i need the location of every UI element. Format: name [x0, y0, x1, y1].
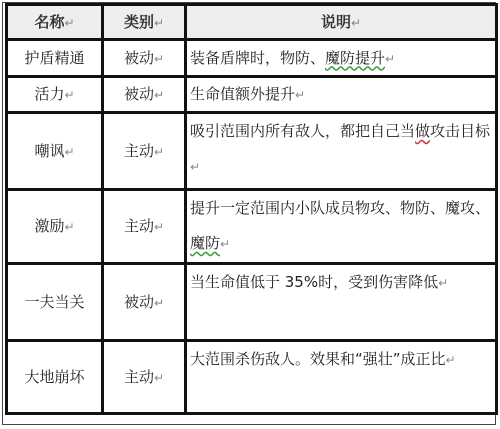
paragraph-mark-icon: ↵ — [438, 276, 448, 290]
table-row: 一夫当关 被动↵ 当生命值低于 35%时，受到伤害降低↵ — [7, 264, 497, 341]
skill-desc-underlined: 魔防 — [190, 234, 220, 252]
paragraph-mark-icon: ↵ — [154, 296, 164, 310]
paragraph-mark-icon: ↵ — [220, 237, 230, 251]
paragraph-mark-icon: ↵ — [154, 145, 164, 159]
skill-name: 一夫当关 — [24, 293, 84, 311]
paragraph-mark-icon: ↵ — [446, 353, 456, 367]
table-row: 激励↵ 主动↵ 提升一定范围内小队成员物攻、物防、魔攻、魔防↵ — [7, 190, 497, 264]
skill-desc-cell: 吸引范围内所有敌人，都把自己当做攻击目标↵ — [186, 113, 497, 190]
skill-type-cell: 被动↵ — [103, 77, 186, 113]
skill-type: 被动 — [124, 49, 154, 67]
skill-type-cell: 主动↵ — [103, 341, 186, 414]
header-type-label: 类别 — [124, 13, 154, 31]
skill-desc: 当生命值低于 35%时，受到伤害降低 — [190, 273, 438, 291]
skill-desc-cell: 生命值额外提升↵ — [186, 77, 497, 113]
header-name: 名称↵ — [7, 5, 103, 40]
skill-type-cell: 被动↵ — [103, 264, 186, 341]
paragraph-mark-icon: ↵ — [154, 52, 164, 66]
skill-desc: 大范围杀伤敌人。效果和“强壮”成正比 — [190, 350, 446, 368]
skill-name-cell: 大地崩坏 — [7, 341, 103, 414]
skill-type: 主动 — [124, 142, 154, 160]
paragraph-mark-icon: ↵ — [64, 88, 74, 102]
skill-desc-underlined: 做 — [415, 122, 430, 140]
skill-name-cell: 嘲讽↵ — [7, 113, 103, 190]
skill-desc: 吸引范围内所有敌人，都把自己当 — [190, 122, 415, 140]
skill-desc-tail: 攻击目标 — [430, 122, 490, 140]
paragraph-mark-icon: ↵ — [154, 16, 164, 30]
paragraph-mark-icon: ↵ — [64, 145, 74, 159]
header-name-label: 名称 — [34, 13, 64, 31]
paragraph-mark-icon: ↵ — [154, 220, 164, 234]
skill-name-cell: 激励↵ — [7, 190, 103, 264]
skill-desc-cell: 当生命值低于 35%时，受到伤害降低↵ — [186, 264, 497, 341]
paragraph-mark-icon: ↵ — [64, 16, 74, 30]
skill-type-cell: 被动↵ — [103, 40, 186, 77]
header-desc-label: 说明 — [321, 13, 351, 31]
skill-desc: 装备盾牌时，物防、 — [190, 49, 325, 67]
skill-name-cell: 一夫当关 — [7, 264, 103, 341]
skill-desc-underlined: 魔防提升 — [325, 49, 385, 67]
header-type: 类别↵ — [103, 5, 186, 40]
table-row: 嘲讽↵ 主动↵ 吸引范围内所有敌人，都把自己当做攻击目标↵ — [7, 113, 497, 190]
table-row: 护盾精通 被动↵ 装备盾牌时，物防、魔防提升↵ — [7, 40, 497, 77]
skill-name-cell: 活力↵ — [7, 77, 103, 113]
table-row: 大地崩坏 主动↵ 大范围杀伤敌人。效果和“强壮”成正比↵ — [7, 341, 497, 414]
paragraph-mark-icon: ↵ — [351, 16, 361, 30]
skill-type: 被动 — [124, 293, 154, 311]
skill-name: 活力 — [34, 85, 64, 103]
skill-desc: 提升一定范围内小队成员物攻、物防、魔攻、 — [190, 199, 490, 217]
skill-desc-cell: 提升一定范围内小队成员物攻、物防、魔攻、魔防↵ — [186, 190, 497, 264]
paragraph-mark-icon: ↵ — [385, 52, 395, 66]
skill-type-cell: 主动↵ — [103, 190, 186, 264]
table-row: 活力↵ 被动↵ 生命值额外提升↵ — [7, 77, 497, 113]
skill-desc: 生命值额外提升 — [190, 85, 295, 103]
skill-name: 护盾精通 — [24, 49, 84, 67]
paragraph-mark-icon: ↵ — [154, 88, 164, 102]
skill-desc-cell: 大范围杀伤敌人。效果和“强壮”成正比↵ — [186, 341, 497, 414]
paragraph-mark-icon: ↵ — [154, 371, 164, 385]
skill-name: 大地崩坏 — [24, 368, 84, 386]
skill-type: 主动 — [124, 368, 154, 386]
skill-name: 激励 — [34, 217, 64, 235]
paragraph-mark-icon: ↵ — [64, 220, 74, 234]
skill-name-cell: 护盾精通 — [7, 40, 103, 77]
skills-table: 名称↵ 类别↵ 说明↵ 护盾精通 被动↵ 装备盾牌时，物防、魔防提升↵ 活力↵ … — [5, 3, 498, 415]
header-desc: 说明↵ — [186, 5, 497, 40]
skill-type: 被动 — [124, 85, 154, 103]
header-row: 名称↵ 类别↵ 说明↵ — [7, 5, 497, 40]
paragraph-mark-icon: ↵ — [295, 88, 305, 102]
skill-desc-cell: 装备盾牌时，物防、魔防提升↵ — [186, 40, 497, 77]
skill-type: 主动 — [124, 217, 154, 235]
skill-type-cell: 主动↵ — [103, 113, 186, 190]
paragraph-mark-icon: ↵ — [190, 160, 200, 174]
skill-name: 嘲讽 — [34, 142, 64, 160]
